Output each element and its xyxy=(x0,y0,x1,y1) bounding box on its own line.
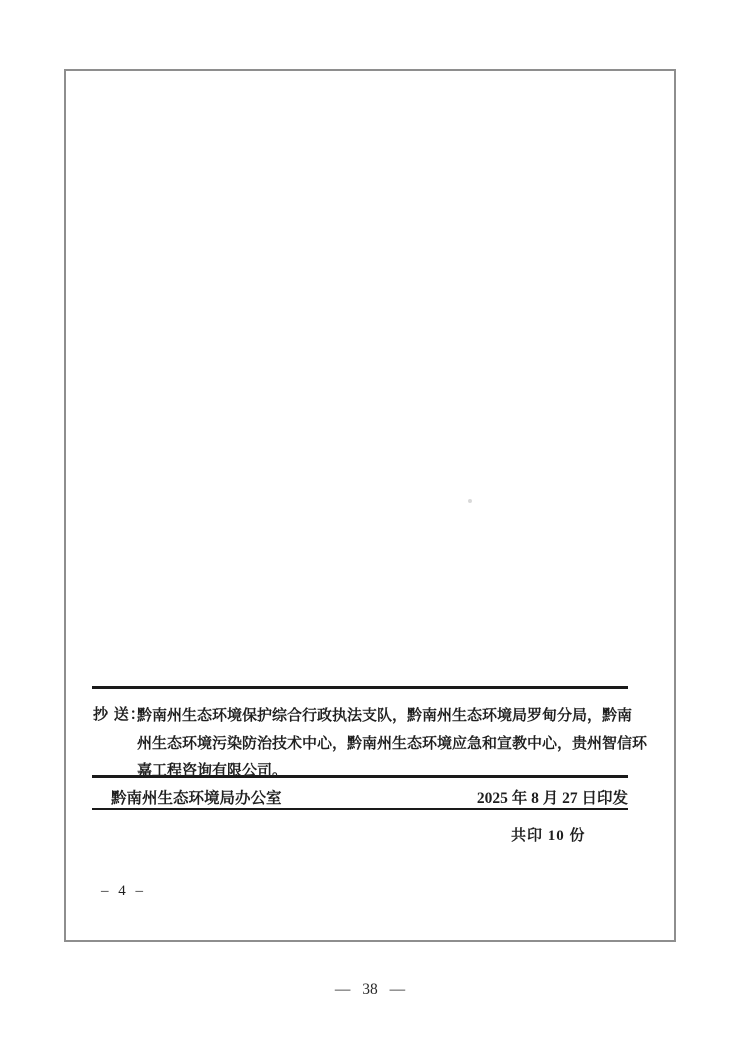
colophon-top-rule xyxy=(92,686,628,689)
issuing-office: 黔南州生态环境局办公室 xyxy=(111,786,282,808)
page-inner-border xyxy=(64,69,676,942)
cc-line-3: 嘉工程咨询有限公司。 xyxy=(137,758,637,786)
print-count: 共印 10 份 xyxy=(511,824,586,845)
cc-line-2: 州生态环境污染防治技术中心，黔南州生态环境应急和宣教中心，贵州智信环 xyxy=(137,731,637,759)
colophon-bottom-rule xyxy=(92,808,628,810)
scanned-document-page: { "colophon": { "cc_label": "抄 送：", "cc_… xyxy=(0,0,740,1046)
cc-recipients: 黔南州生态环境保护综合行政执法支队，黔南州生态环境局罗甸分局，黔南 州生态环境污… xyxy=(137,703,637,786)
scan-artifact-dot xyxy=(468,499,472,503)
issue-date: 2025 年 8 月 27 日印发 xyxy=(477,786,628,808)
inner-page-number: – 4 – xyxy=(101,883,146,900)
cc-line-1: 黔南州生态环境保护综合行政执法支队，黔南州生态环境局罗甸分局，黔南 xyxy=(137,703,637,731)
outer-page-number: — 38 — xyxy=(0,981,740,999)
issuer-row: 黔南州生态环境局办公室 2025 年 8 月 27 日印发 xyxy=(92,786,628,808)
